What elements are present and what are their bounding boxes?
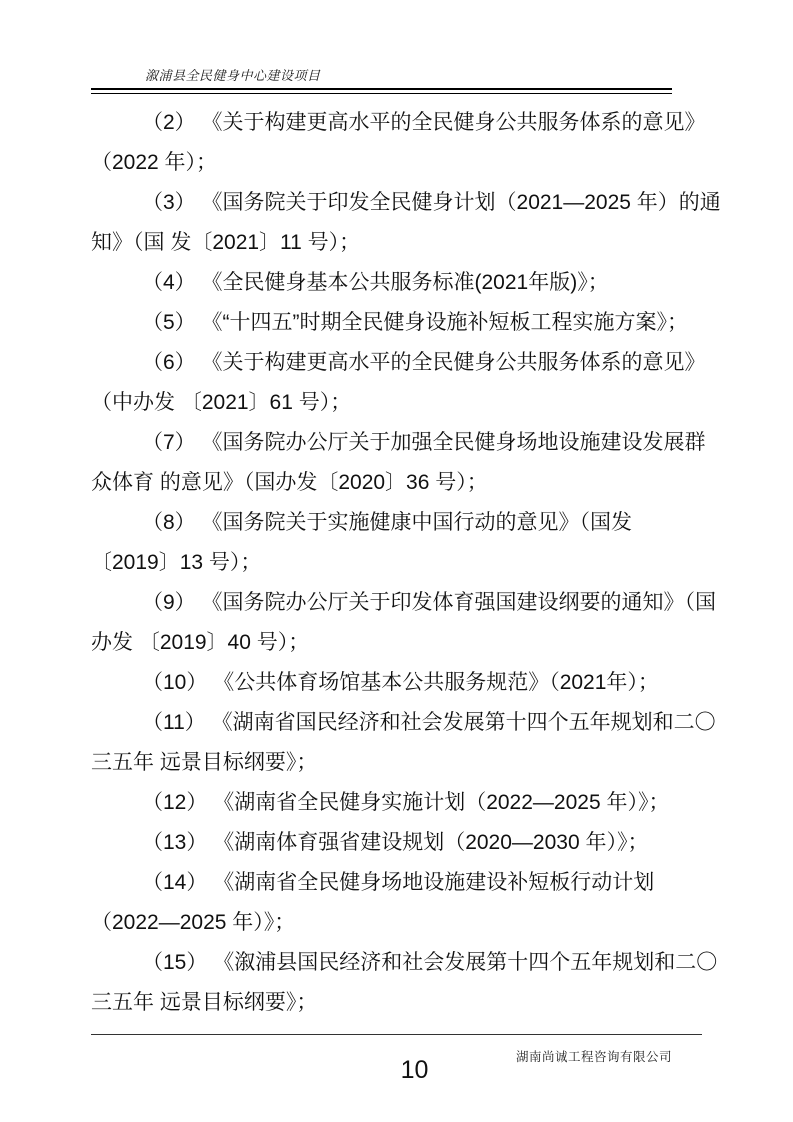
text-line: （12） 《湖南省全民健身实施计划（2022—2025 年）》；	[91, 783, 709, 823]
text-line: （5） 《“十四五”时期全民健身设施补短板工程实施方案》；	[91, 303, 709, 343]
list-item: （5） 《“十四五”时期全民健身设施补短板工程实施方案》；	[91, 303, 709, 343]
text-line: （8） 《国务院关于实施健康中国行动的意见》（国发	[91, 503, 709, 543]
list-item: （6） 《关于构建更高水平的全民健身公共服务体系的意见》（中办发 〔2021〕6…	[91, 343, 709, 423]
list-item: （14） 《湖南省全民健身场地设施建设补短板行动计划（2022—2025 年）》…	[91, 863, 709, 943]
text-line: （9） 《国务院办公厅关于印发体育强国建设纲要的通知》（国	[91, 583, 709, 623]
text-line: （2022—2025 年）》；	[91, 903, 709, 943]
text-line: 〔2019〕13 号）；	[91, 543, 709, 583]
list-item: （12） 《湖南省全民健身实施计划（2022—2025 年）》；	[91, 783, 709, 823]
footer-rule	[91, 1034, 702, 1035]
list-item: （9） 《国务院办公厅关于印发体育强国建设纲要的通知》（国办发 〔2019〕40…	[91, 583, 709, 663]
header-double-rule	[91, 88, 672, 94]
text-line: （3） 《国务院关于印发全民健身计划（2021—2025 年）的通	[91, 183, 709, 223]
document-body: （2） 《关于构建更高水平的全民健身公共服务体系的意见》（2022 年）；（3）…	[91, 103, 709, 1023]
list-item: （10） 《公共体育场馆基本公共服务规范》（2021年）；	[91, 663, 709, 703]
list-item: （11） 《湖南省国民经济和社会发展第十四个五年规划和二〇三五年 远景目标纲要》…	[91, 703, 709, 783]
text-line: （4） 《全民健身基本公共服务标准(2021年版)》；	[91, 263, 709, 303]
text-line: 众体育 的意见》（国办发〔2020〕36 号）；	[91, 463, 709, 503]
list-item: （13） 《湖南体育强省建设规划（2020—2030 年）》；	[91, 823, 709, 863]
text-line: （11） 《湖南省国民经济和社会发展第十四个五年规划和二〇	[91, 703, 709, 743]
text-line: （2） 《关于构建更高水平的全民健身公共服务体系的意见》	[91, 103, 709, 143]
page-number: 10	[18, 1056, 793, 1085]
text-line: （7） 《国务院办公厅关于加强全民健身场地设施建设发展群	[91, 423, 709, 463]
text-line: （13） 《湖南体育强省建设规划（2020—2030 年）》；	[91, 823, 709, 863]
text-line: 三五年 远景目标纲要》；	[91, 743, 709, 783]
text-line: 知》（国 发〔2021〕11 号）；	[91, 223, 709, 263]
list-item: （15） 《溆浦县国民经济和社会发展第十四个五年规划和二〇三五年 远景目标纲要》…	[91, 943, 709, 1023]
list-item: （3） 《国务院关于印发全民健身计划（2021—2025 年）的通知》（国 发〔…	[91, 183, 709, 263]
header-project-title: 溆浦县全民健身中心建设项目	[145, 65, 321, 84]
text-line: 三五年 远景目标纲要》；	[91, 983, 709, 1023]
list-item: （8） 《国务院关于实施健康中国行动的意见》（国发〔2019〕13 号）；	[91, 503, 709, 583]
list-item: （7） 《国务院办公厅关于加强全民健身场地设施建设发展群众体育 的意见》（国办发…	[91, 423, 709, 503]
text-line: 办发 〔2019〕40 号）；	[91, 623, 709, 663]
document-page: 溆浦县全民健身中心建设项目 （2） 《关于构建更高水平的全民健身公共服务体系的意…	[0, 0, 793, 1122]
text-line: （6） 《关于构建更高水平的全民健身公共服务体系的意见》	[91, 343, 709, 383]
text-line: （10） 《公共体育场馆基本公共服务规范》（2021年）；	[91, 663, 709, 703]
list-item: （2） 《关于构建更高水平的全民健身公共服务体系的意见》（2022 年）；	[91, 103, 709, 183]
text-line: （2022 年）；	[91, 143, 709, 183]
text-line: （中办发 〔2021〕61 号）；	[91, 383, 709, 423]
text-line: （15） 《溆浦县国民经济和社会发展第十四个五年规划和二〇	[91, 943, 709, 983]
list-item: （4） 《全民健身基本公共服务标准(2021年版)》；	[91, 263, 709, 303]
text-line: （14） 《湖南省全民健身场地设施建设补短板行动计划	[91, 863, 709, 903]
